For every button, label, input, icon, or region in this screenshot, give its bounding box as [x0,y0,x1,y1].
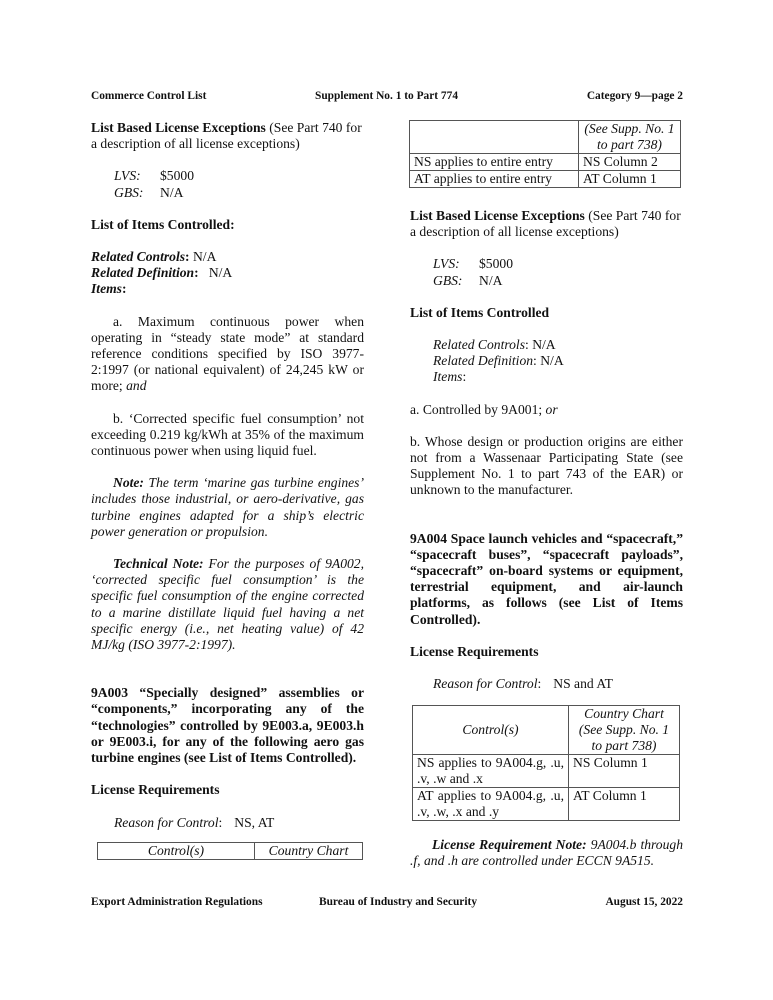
technical-note-label: Technical Note: [113,556,204,571]
header-right: Category 9—page 2 [587,90,683,102]
related-controls-value: : N/A [525,337,556,352]
related-controls-label: Related Controls [91,249,185,264]
table-row: NS applies to entire entry NS Column 2 [410,154,681,171]
items-controlled-title: List of Items Controlled: [91,217,364,233]
related-controls: Related Controls: N/A [433,337,683,353]
lble-title: List Based License Exceptions [91,120,266,135]
table-header-empty [410,121,579,154]
table-cell: NS applies to 9A004.g, .u, .v, .w and .x [413,755,569,788]
items-label-row: Items: [433,369,683,385]
lvs-label: LVS [114,168,136,183]
table-header-country-chart-cont: (See Supp. No. 1 to part 738) [579,121,681,154]
lvs-value: $5000 [479,256,513,271]
reason-label: Reason for Control [114,815,218,830]
eccn-9a003-title: 9A003 “Specially designed” assemblies or… [91,685,364,766]
lvs-row: LVS:$5000 [410,256,683,272]
note: Note: The term ‘marine gas turbine engin… [91,475,364,540]
lble-title: List Based License Exceptions [410,208,585,223]
related-definition-value: : N/A [533,353,564,368]
gbs-row: GBS:N/A [91,185,364,201]
license-requirements-title: License Requirements [91,782,364,798]
table-cell: AT Column 1 [569,788,680,821]
table-header-country-chart: Country Chart [255,842,363,859]
item-a-text: a. Controlled by 9A001; [410,402,546,417]
eccn-9a004-title: 9A004 Space launch vehicles and “spacecr… [410,531,683,628]
table-header-controls: Control(s) [98,842,255,859]
table-header-controls: Control(s) [413,706,569,755]
license-table-9a004: Control(s) Country Chart (See Supp. No. … [412,705,680,821]
table-cell: AT Column 1 [579,171,681,188]
lvs-label: LVS [433,256,455,271]
related-definition: Related Definition: N/A [91,265,364,281]
related-definition-value: N/A [199,265,233,280]
footer-center: Bureau of Industry and Security [319,896,477,908]
license-table-continued: (See Supp. No. 1 to part 738) NS applies… [409,120,681,188]
related-definition: Related Definition: N/A [433,353,683,369]
lble-paragraph: List Based License Exceptions (See Part … [91,120,364,152]
lble-paragraph: List Based License Exceptions (See Part … [410,208,683,240]
license-requirement-note: License Requirement Note: 9A004.b throug… [410,837,683,869]
gbs-label: GBS [114,185,139,200]
items-label: Items [91,281,122,296]
item-b: b. Whose design or production origins ar… [410,434,683,499]
reason-for-control: Reason for Control:NS and AT [410,676,683,692]
reason-value: NS, AT [234,815,274,830]
related-definition-label: Related Definition [433,353,533,368]
related-definition-label: Related Definition [91,265,194,280]
table-header-country-chart: Country Chart (See Supp. No. 1 to part 7… [569,706,680,755]
item-b: b. ‘Corrected specific fuel consumption’… [91,411,364,460]
item-a: a. Maximum continuous power when operati… [91,314,364,395]
related-controls: Related Controls: N/A [91,249,364,265]
header-left: Commerce Control List [91,90,206,102]
license-requirements-title: License Requirements [410,644,683,660]
table-cell: NS Column 2 [579,154,681,171]
technical-note: Technical Note: For the purposes of 9A00… [91,556,364,653]
right-column: (See Supp. No. 1 to part 738) NS applies… [410,120,683,870]
gbs-value: N/A [160,185,183,200]
table-cell: NS applies to entire entry [410,154,579,171]
item-a-tail: or [546,402,558,417]
items-label-row: Items: [91,281,364,297]
license-table-9a003: Control(s) Country Chart [97,842,363,860]
lr-note-label: License Requirement Note: [432,837,587,852]
table-row: NS applies to 9A004.g, .u, .v, .w and .x… [413,755,680,788]
footer-right: August 15, 2022 [605,896,683,908]
reason-for-control: Reason for Control:NS, AT [91,815,364,831]
item-a: a. Controlled by 9A001; or [410,402,683,418]
note-label: Note: [113,475,144,490]
reason-value: NS and AT [553,676,613,691]
table-row: AT applies to entire entry AT Column 1 [410,171,681,188]
left-column: List Based License Exceptions (See Part … [91,120,364,860]
items-label: Items [433,369,462,384]
lvs-row: LVS:$5000 [91,168,364,184]
table-row: AT applies to 9A004.g, .u, .v, .w, .x an… [413,788,680,821]
reason-label: Reason for Control [433,676,537,691]
gbs-label: GBS [433,273,458,288]
item-a-tail: and [126,378,146,393]
related-controls-label: Related Controls [433,337,525,352]
table-cell: AT applies to 9A004.g, .u, .v, .w, .x an… [413,788,569,821]
items-controlled-title: List of Items Controlled [410,305,683,321]
footer-left: Export Administration Regulations [91,896,263,908]
table-cell: NS Column 1 [569,755,680,788]
gbs-row: GBS:N/A [410,273,683,289]
gbs-value: N/A [479,273,502,288]
related-controls-value: N/A [190,249,217,264]
header-center: Supplement No. 1 to Part 774 [315,90,458,102]
lvs-value: $5000 [160,168,194,183]
table-cell: AT applies to entire entry [410,171,579,188]
